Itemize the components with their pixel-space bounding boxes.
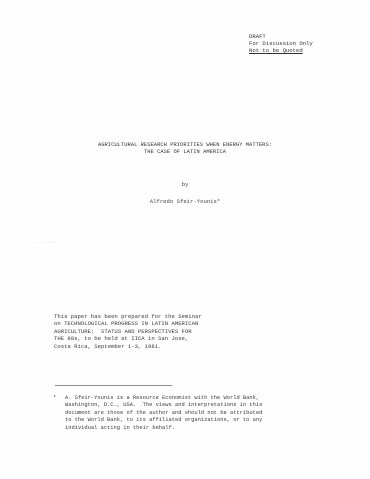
draft-label: DRAFT	[249, 33, 313, 40]
footnote-line: individual acting in their behalf.	[65, 425, 262, 432]
footnote-line: document are those of the author and sho…	[65, 410, 262, 417]
document-page: DRAFT For Discussion Only Not to be Quot…	[0, 0, 370, 479]
seminar-line: This paper has been prepared for the Sem…	[54, 313, 202, 320]
seminar-line: Costa Rica, September 1-3, 1981.	[54, 343, 202, 350]
title-line-1: AGRICULTURAL RESEARCH PRIORITIES WHEN EN…	[0, 142, 370, 149]
seminar-line: AGRICULTURE: STATUS AND PERSPECTIVES FOR	[54, 328, 202, 335]
footnote-divider	[55, 385, 172, 386]
by-label: by	[0, 181, 370, 188]
draft-notice: DRAFT For Discussion Only Not to be Quot…	[249, 33, 313, 54]
faint-margin-mark: ~ ~ ~	[28, 238, 98, 252]
footnote-line: to the World Bank, to its affiliated org…	[65, 417, 262, 424]
not-quoted-label: Not to be Quoted	[249, 47, 313, 54]
title-line-2: THE CASE OF LATIN AMERICA	[0, 149, 370, 156]
discussion-label: For Discussion Only	[249, 40, 313, 47]
footnote-line: A. Sfeir-Younis is a Resource Economist …	[65, 395, 262, 402]
document-title: AGRICULTURAL RESEARCH PRIORITIES WHEN EN…	[0, 142, 370, 156]
footnote-asterisk: *	[53, 395, 56, 402]
seminar-note: This paper has been prepared for the Sem…	[54, 313, 202, 350]
footnote-line: Washington, D.C., USA. The views and int…	[65, 402, 262, 409]
seminar-line: THE 80s, to be held at IICA in San Jose,	[54, 335, 202, 342]
seminar-line: on TECHNOLOGICAL PROGRESS IN LATIN AMERI…	[54, 320, 202, 327]
author-name: Alfredo Sfeir-Younis*	[0, 198, 370, 205]
